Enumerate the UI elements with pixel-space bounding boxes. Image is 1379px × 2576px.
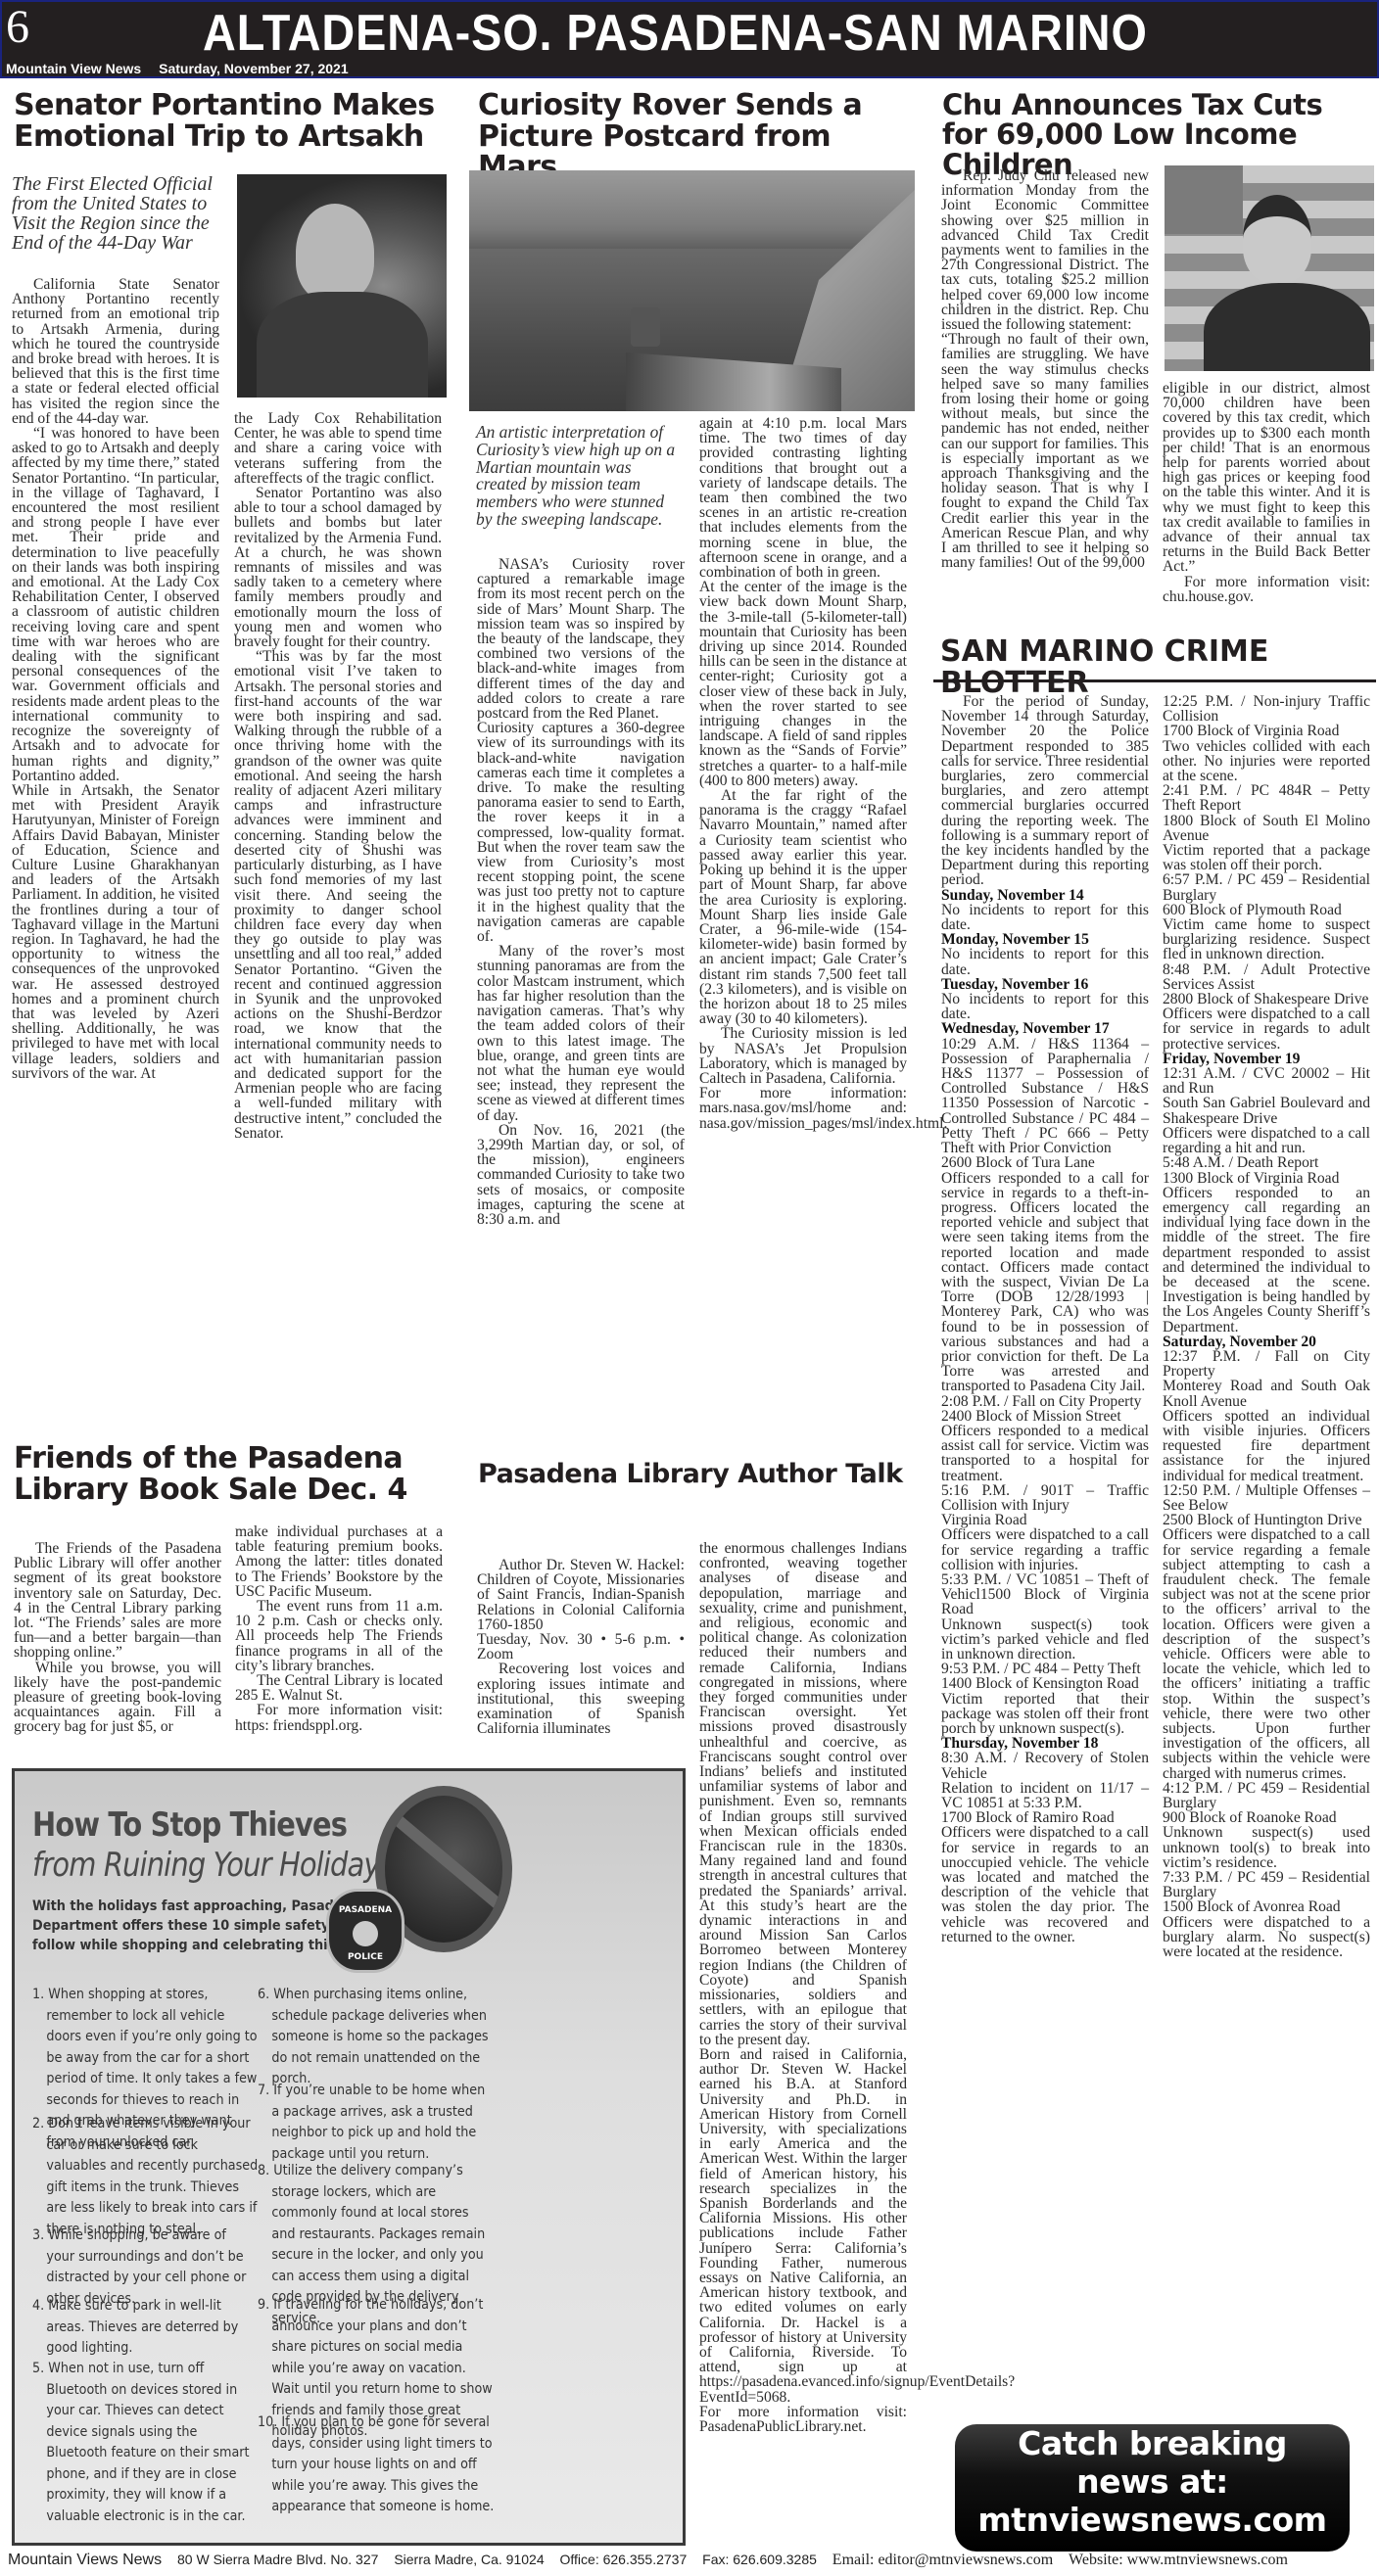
badge-seal (353, 1921, 378, 1946)
blotter-entry: Unknown suspect(s) took victim’s parked … (941, 1617, 1149, 1663)
blotter-entry: Monterey Road and South Oak Knoll Avenue (1163, 1379, 1370, 1408)
blotter-entry: 1700 Block of Virginia Road (1163, 724, 1370, 738)
blotter-entry: 2600 Block of Tura Lane (941, 1155, 1149, 1170)
horizon (469, 229, 915, 249)
blotter-entry: Virginia Road (941, 1513, 1149, 1527)
blotter-day-heading: Tuesday, November 16 (941, 977, 1149, 992)
curiosity-col2: again at 4:10 p.m. local Mars time. The … (699, 416, 907, 1131)
blotter-entry: Relation to incident on 11/17 – VC 10851… (941, 1781, 1149, 1810)
blotter-entry: Officers were dispatched to a call for s… (1163, 1527, 1370, 1780)
blotter-entry: 5:33 P.M. / VC 10851 – Theft of Vehicl15… (941, 1572, 1149, 1617)
blotter-entry: 1300 Block of Virginia Road (1163, 1171, 1370, 1186)
friends-headline: Friends of the Pasadena Library Book Sal… (14, 1443, 454, 1505)
footer-fax: Fax: 626.609.3285 (702, 2552, 817, 2567)
blotter-entry: 1400 Block of Kensington Road (941, 1676, 1149, 1691)
author-talk-col2: the enormous challenges Indians confront… (699, 1541, 907, 2434)
blotter-intro: For the period of Sunday, November 14 th… (941, 694, 1149, 888)
blotter-entry: Unknown suspect(s) used unknown tool(s) … (1163, 1825, 1370, 1870)
chu-photo (1165, 165, 1374, 371)
footer-city: Sierra Madre, Ca. 91024 (394, 2552, 544, 2567)
blotter-entry: 600 Block of Plymouth Road (1163, 903, 1370, 917)
blotter-entry: Officers were dispatched to a call for s… (1163, 1007, 1370, 1052)
blotter-day-heading: Saturday, November 20 (1163, 1335, 1370, 1349)
portrait-head (1243, 195, 1311, 283)
portantino-col1: California State Senator Anthony Portant… (12, 277, 219, 1081)
masthead-subline: Mountain View News Saturday, November 27… (6, 61, 349, 76)
blotter-entry: South San Gabriel Boulevard and Shakespe… (1163, 1096, 1370, 1125)
blotter-entry: 7:33 P.M. / PC 459 – Residential Burglar… (1163, 1870, 1370, 1899)
blotter-entry: 9:53 P.M. / PC 484 – Petty Theft (941, 1662, 1149, 1676)
blotter-entry: No incidents to report for this date. (941, 947, 1149, 976)
tip-10: 10. If you plan to be gone for several d… (258, 2412, 496, 2518)
blotter-entry: Officers were dispatched to a burglary a… (1163, 1915, 1370, 1960)
blotter-entry: Victim came home to suspect burglarizing… (1163, 917, 1370, 962)
portantino-deck: The First Elected Official from the Unit… (12, 174, 217, 253)
page-footer: Mountain Views News 80 W Sierra Madre Bl… (0, 2552, 1379, 2576)
blotter-day-heading: Sunday, November 14 (941, 888, 1149, 903)
holiday-safety-ad: How To Stop Thieves from Ruining Your Ho… (12, 1768, 686, 2546)
blotter-entry: 1700 Block of Ramiro Road (941, 1810, 1149, 1825)
blotter-entry: 12:31 A.M. / CVC 20002 – Hit and Run (1163, 1066, 1370, 1096)
blotter-entry: 2400 Block of Mission Street (941, 1409, 1149, 1424)
footer-email[interactable]: Email: editor@mtnviewsnews.com (832, 2552, 1053, 2568)
paper-name: Mountain View News (6, 61, 141, 76)
portantino-col2: the Lady Cox Rehabilitation Center, he w… (234, 411, 442, 1141)
portantino-headline: Senator Portantino Makes Emotional Trip … (14, 90, 454, 152)
rover-mast (631, 307, 660, 347)
portrait-head (296, 204, 374, 302)
tip-7: 7. If you’re unable to be home when a pa… (258, 2081, 496, 2165)
footer-office: Office: 626.355.2737 (560, 2552, 688, 2567)
masthead: 6 ALTADENA-SO. PASADENA-SAN MARINO Mount… (0, 0, 1379, 78)
blotter-entry: 1800 Block of South El Molino Avenue (1163, 814, 1370, 843)
blotter-entry: 12:25 P.M. / Non-injury Traffic Collisio… (1163, 694, 1370, 724)
blotter-headline: SAN MARINO CRIME BLOTTER (940, 636, 1371, 698)
tip-6: 6. When purchasing items online, schedul… (258, 1985, 496, 2090)
blotter-entry: 1500 Block of Avonrea Road (1163, 1899, 1370, 1914)
tip-5: 5. When not in use, turn off Bluetooth o… (32, 2359, 258, 2527)
chu-col2: eligible in our district, almost 70,000 … (1163, 381, 1370, 604)
blotter-rule (933, 679, 1376, 682)
blotter-day-heading: Monday, November 15 (941, 932, 1149, 947)
blotter-col1: For the period of Sunday, November 14 th… (941, 694, 1149, 1944)
blotter-entry: 5:48 A.M. / Death Report (1163, 1155, 1370, 1170)
blotter-entry: Officers responded to a call for service… (941, 1171, 1149, 1394)
blotter-entry: 12:50 P.M. / Multiple Offenses – See Bel… (1163, 1483, 1370, 1513)
blotter-entry: 12:37 P.M. / Fall on City Property (1163, 1349, 1370, 1379)
footer-paper: Mountain Views News (8, 2552, 162, 2568)
blotter-entry: 2800 Block of Shakespeare Drive (1163, 992, 1370, 1007)
blotter-entry: Officers were dispatched to a call for s… (941, 1527, 1149, 1572)
footer-address: 80 W Sierra Madre Blvd. No. 327 (177, 2552, 378, 2567)
mars-panorama-photo (469, 170, 915, 411)
blotter-entry: Victim reported that their package was s… (941, 1692, 1149, 1737)
breaking-news-promo[interactable]: Catch breaking news at: mtnviewsnews.com (955, 2424, 1350, 2552)
blotter-day-heading: Friday, November 19 (1163, 1052, 1370, 1066)
blotter-col2: 12:25 P.M. / Non-injury Traffic Collisio… (1163, 694, 1370, 1959)
author-talk-col1: Author Dr. Steven W. Hackel: Children of… (477, 1558, 685, 1736)
blotter-entry: No incidents to report for this date. (941, 992, 1149, 1021)
flag-canton (1165, 165, 1243, 234)
ad-title: How To Stop Thieves (32, 1805, 347, 1845)
blotter-entry: Officers were dispatched to a call for s… (941, 1825, 1149, 1944)
footer-website[interactable]: Website: www.mtnviewsnews.com (1069, 2552, 1288, 2568)
blotter-entry: 4:12 P.M. / PC 459 – Residential Burglar… (1163, 1781, 1370, 1810)
tip-2: 2. Don’t leave items visible in your car… (32, 2114, 258, 2240)
police-badge-icon: PASADENA POLICE (326, 1889, 404, 1973)
blotter-entry: Two vehicles collided with each other. N… (1163, 739, 1370, 784)
blotter-entry: 6:57 P.M. / PC 459 – Residential Burglar… (1163, 872, 1370, 902)
blotter-entry: 900 Block of Roanoke Road (1163, 1810, 1370, 1825)
issue-date: Saturday, November 27, 2021 (159, 61, 349, 76)
blotter-entry: 2:08 P.M. / Fall on City Property (941, 1394, 1149, 1409)
tip-4: 4. Make sure to park in well-lit areas. … (32, 2296, 258, 2360)
blotter-entry: 8:48 P.M. / Adult Protective Services As… (1163, 962, 1370, 992)
blotter-entry: Officers responded to a medical assist c… (941, 1424, 1149, 1483)
ad-subtitle: from Ruining Your Holidays (32, 1846, 394, 1885)
blotter-entry: No incidents to report for this date. (941, 903, 1149, 932)
blotter-entry: 2500 Block of Huntington Drive (1163, 1513, 1370, 1527)
page-number: 6 (6, 2, 29, 53)
blotter-entry: Victim reported that a package was stole… (1163, 843, 1370, 872)
portantino-photo (237, 174, 447, 398)
section-title: ALTADENA-SO. PASADENA-SAN MARINO (203, 6, 1257, 61)
curiosity-headline: Curiosity Rover Sends a Picture Postcard… (478, 90, 919, 183)
portrait-jacket (1204, 283, 1370, 371)
blotter-entry: Officers were dispatched to a call regar… (1163, 1126, 1370, 1155)
blotter-day-heading: Thursday, November 18 (941, 1736, 1149, 1751)
blotter-entry: Officers responded to an emergency call … (1163, 1186, 1370, 1335)
blotter-entry: 5:16 P.M. / 901T – Traffic Collision wit… (941, 1483, 1149, 1513)
curiosity-col1: NASA’s Curiosity rover captured a remark… (477, 557, 685, 1227)
blotter-entry: 10:29 A.M. / H&S 11364 – Possession of P… (941, 1037, 1149, 1156)
chu-col1: Rep. Judy Chu released new information M… (941, 168, 1149, 570)
curiosity-caption: An artistic interpretation of Curiosity’… (476, 424, 684, 529)
author-talk-headline: Pasadena Library Author Talk (478, 1461, 919, 1488)
friends-col2: make individual purchases at a table fea… (235, 1524, 443, 1733)
portrait-suit (257, 292, 428, 398)
blotter-entry: 8:30 A.M. / Recovery of Stolen Vehicle (941, 1751, 1149, 1780)
blotter-entry: Officers spotted an individual with visi… (1163, 1409, 1370, 1483)
blotter-day-heading: Wednesday, November 17 (941, 1021, 1149, 1036)
friends-col1: The Friends of the Pasadena Public Libra… (14, 1541, 221, 1735)
blotter-entry: 2:41 P.M. / PC 484R – Petty Theft Report (1163, 783, 1370, 813)
